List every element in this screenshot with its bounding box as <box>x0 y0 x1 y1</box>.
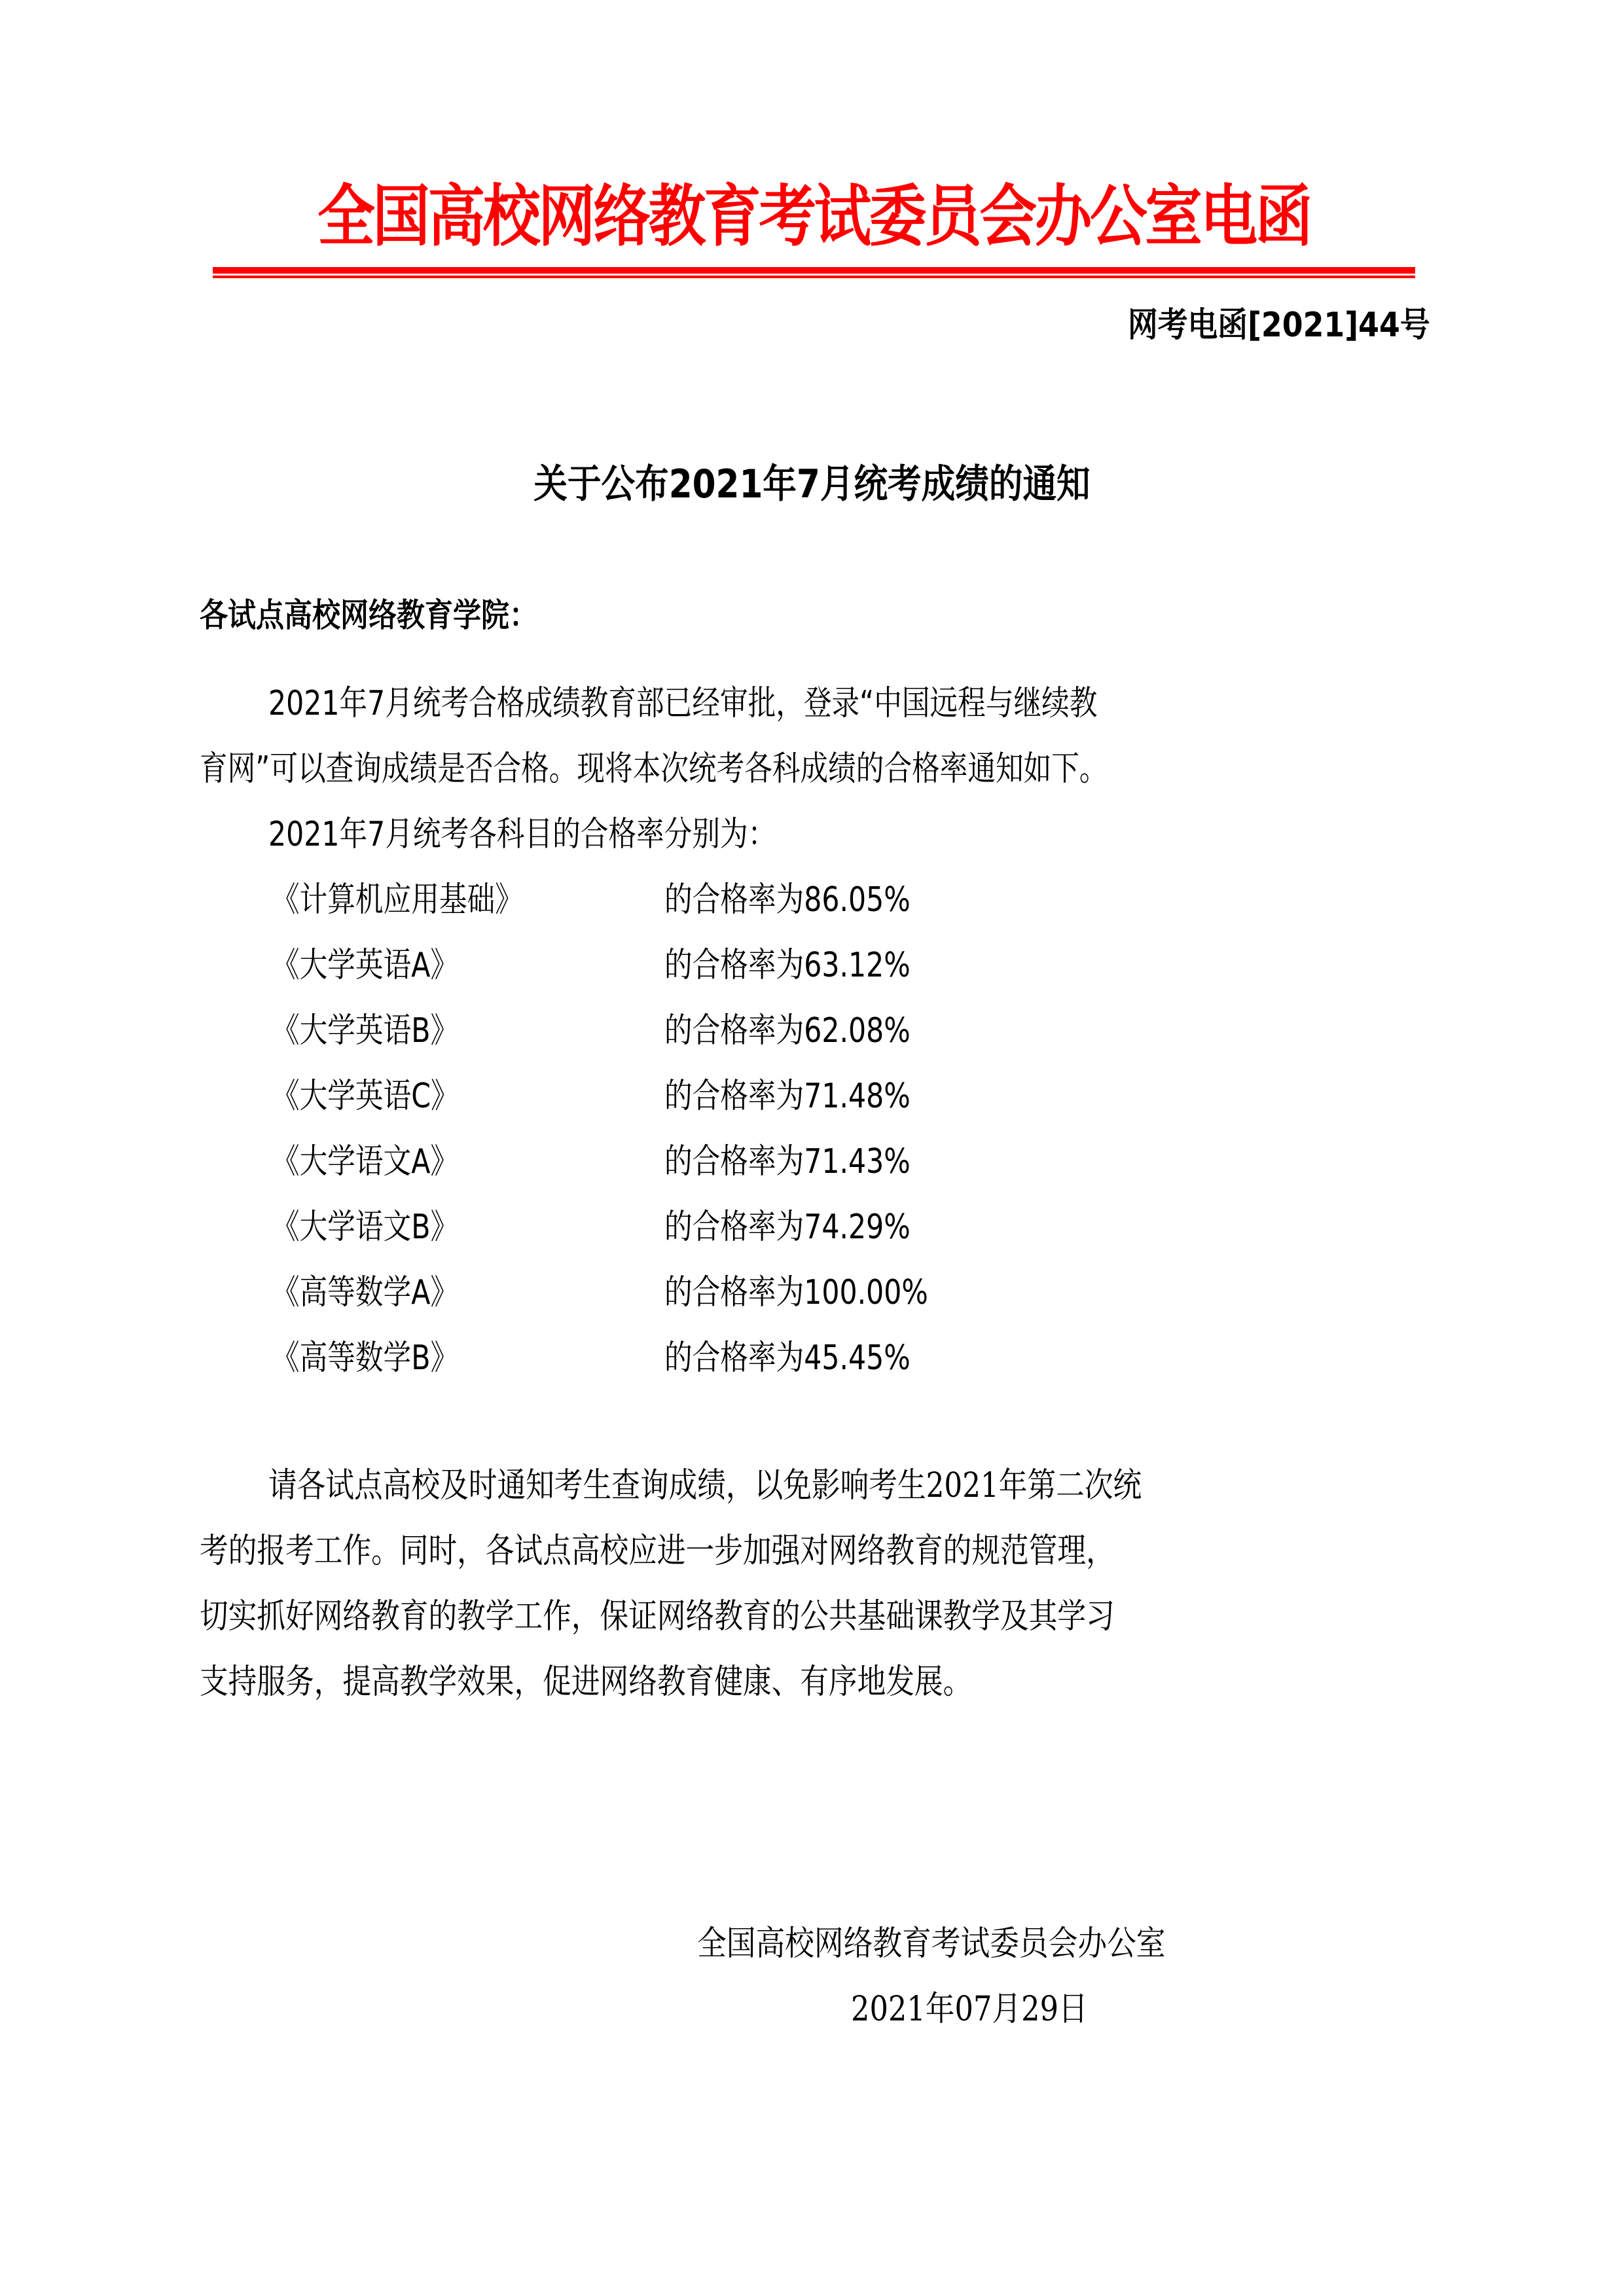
pass-rate-value: 的合格率为71.43% <box>664 1139 911 1185</box>
closing-paragraph-line-2: 考的报考工作。同时，各试点高校应进一步加强对网络教育的规范管理， <box>200 1528 1115 1574</box>
pass-rate-value: 的合格率为45.45% <box>664 1335 911 1381</box>
subject-name: 《大学英语A》 <box>272 942 458 988</box>
pass-rate-value: 的合格率为71.48% <box>664 1073 911 1119</box>
notice-title: 关于公布2021年7月统考成绩的通知 <box>114 458 1511 511</box>
salutation: 各试点高校网络教育学院： <box>200 592 537 638</box>
subject-name: 《高等数学A》 <box>272 1270 458 1316</box>
pass-rate-value: 的合格率为62.08% <box>664 1008 911 1054</box>
paragraph-2: 2021年7月统考各科目的合格率分别为： <box>268 812 776 857</box>
signature-organization: 全国高校网络教育考试委员会办公室 <box>697 1921 1166 1967</box>
pass-rate-item: 《大学英语A》 的合格率为63.12% <box>272 942 1188 988</box>
pass-rate-item: 《计算机应用基础》 的合格率为86.05% <box>272 877 1188 923</box>
subject-name: 《大学英语C》 <box>272 1073 459 1119</box>
paragraph-1-line-2: 育网”可以查询成绩是否合格。现将本次统考各科成绩的合格率通知如下。 <box>200 746 1108 792</box>
document-number: 网考电函[2021]44号 <box>1128 302 1430 348</box>
pass-rate-value: 的合格率为100.00% <box>664 1270 928 1316</box>
pass-rate-value: 的合格率为86.05% <box>664 877 911 923</box>
paragraph-1-line-1: 2021年7月统考合格成绩教育部已经审批，登录“中国远程与继续教 <box>268 681 1097 726</box>
pass-rate-item: 《大学英语C》 的合格率为71.48% <box>272 1073 1188 1119</box>
subject-name: 《计算机应用基础》 <box>272 877 523 923</box>
pass-rate-item: 《大学语文B》 的合格率为74.29% <box>272 1204 1188 1250</box>
pass-rate-value: 的合格率为74.29% <box>664 1204 911 1250</box>
pass-rate-item: 《高等数学A》 的合格率为100.00% <box>272 1270 1188 1316</box>
letterhead-divider-thin <box>213 276 1415 278</box>
closing-paragraph-line-4: 支持服务，提高教学效果，促进网络教育健康、有序地发展。 <box>200 1659 971 1705</box>
subject-name: 《大学语文B》 <box>272 1204 458 1250</box>
pass-rate-item: 《大学语文A》 的合格率为71.43% <box>272 1139 1188 1185</box>
closing-paragraph-line-3: 切实抓好网络教育的教学工作，保证网络教育的公共基础课教学及其学习 <box>200 1594 1115 1640</box>
pass-rate-value: 的合格率为63.12% <box>664 942 911 988</box>
pass-rate-item: 《大学英语B》 的合格率为62.08% <box>272 1008 1188 1054</box>
subject-name: 《大学英语B》 <box>272 1008 458 1054</box>
signature-date: 2021年07月29日 <box>851 1986 1088 2032</box>
pass-rate-item: 《高等数学B》 的合格率为45.45% <box>272 1335 1188 1381</box>
letterhead-title: 全国高校网络教育考试委员会办公室电函 <box>297 178 1331 257</box>
closing-paragraph-line-1: 请各试点高校及时通知考生查询成绩，以免影响考生2021年第二次统 <box>268 1463 1142 1509</box>
subject-name: 《高等数学B》 <box>272 1335 458 1381</box>
letterhead-divider-thick <box>213 267 1415 274</box>
subject-name: 《大学语文A》 <box>272 1139 458 1185</box>
